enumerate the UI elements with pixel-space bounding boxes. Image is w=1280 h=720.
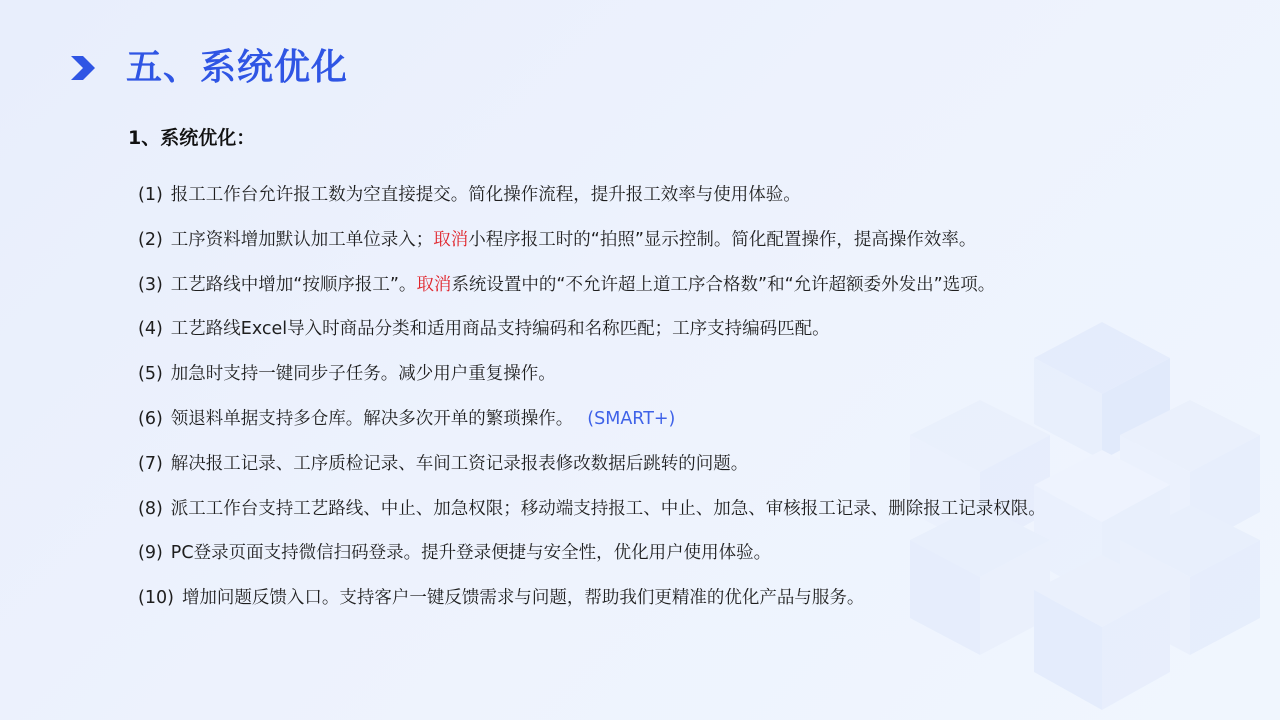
item-text: 小程序报工时的“拍照”显示控制。简化配置操作，提高操作效率。 (468, 225, 976, 270)
slide-title: 五、系统优化 (126, 44, 348, 92)
optimization-list: (1) 报工工作台允许报工数为空直接提交。简化操作流程，提升报工效率与使用体验。… (138, 180, 1046, 628)
item-text: 加急时支持一键同步子任务。减少用户重复操作。 (171, 359, 556, 404)
list-item: (9) PC登录页面支持微信扫码登录。提升登录便捷与安全性，优化用户使用体验。 (138, 538, 1046, 583)
item-number: (6) (138, 404, 163, 449)
list-item: (10) 增加问题反馈入口。支持客户一键反馈需求与问题，帮助我们更精准的优化产品… (138, 583, 1046, 628)
item-text: 领退料单据支持多仓库。解决多次开单的繁琐操作。 (171, 404, 574, 449)
item-number: (3) (138, 270, 163, 315)
item-number: (10) (138, 583, 174, 628)
item-number: (2) (138, 225, 163, 270)
list-item: (5) 加急时支持一键同步子任务。减少用户重复操作。 (138, 359, 1046, 404)
highlight-text: 取消 (416, 270, 451, 315)
item-number: (7) (138, 449, 163, 494)
list-item: (2) 工序资料增加默认加工单位录入；取消小程序报工时的“拍照”显示控制。简化配… (138, 225, 1046, 270)
section-subtitle: 1、系统优化： (128, 124, 255, 152)
list-item: (7) 解决报工记录、工序质检记录、车间工资记录报表修改数据后跳转的问题。 (138, 449, 1046, 494)
item-text: 工艺路线Excel导入时商品分类和适用商品支持编码和名称匹配；工序支持编码匹配。 (171, 314, 830, 359)
item-text: 系统设置中的“不允许超上道工序合格数”和“允许超额委外发出”选项。 (451, 270, 995, 315)
item-number: (8) (138, 494, 163, 539)
list-item: (6) 领退料单据支持多仓库。解决多次开单的繁琐操作。(SMART+) (138, 404, 1046, 449)
item-text: 派工工作台支持工艺路线、中止、加急权限；移动端支持报工、中止、加急、审核报工记录… (171, 494, 1046, 539)
item-text: 工艺路线中增加“按顺序报工”。 (171, 270, 417, 315)
item-text: 报工工作台允许报工数为空直接提交。简化操作流程，提升报工效率与使用体验。 (171, 180, 801, 225)
item-text: 增加问题反馈入口。支持客户一键反馈需求与问题，帮助我们更精准的优化产品与服务。 (182, 583, 865, 628)
list-item: (8) 派工工作台支持工艺路线、中止、加急权限；移动端支持报工、中止、加急、审核… (138, 494, 1046, 539)
slide: 五、系统优化 1、系统优化： (1) 报工工作台允许报工数为空直接提交。简化操作… (0, 0, 1280, 720)
highlight-text: 取消 (433, 225, 468, 270)
item-text: 工序资料增加默认加工单位录入； (171, 225, 434, 270)
chevron-right-icon (66, 48, 100, 88)
item-number: (5) (138, 359, 163, 404)
item-text: PC登录页面支持微信扫码登录。提升登录便捷与安全性，优化用户使用体验。 (171, 538, 771, 583)
list-item: (3) 工艺路线中增加“按顺序报工”。取消系统设置中的“不允许超上道工序合格数”… (138, 270, 1046, 315)
slide-header: 五、系统优化 (66, 44, 348, 92)
item-number: (1) (138, 180, 163, 225)
item-number: (4) (138, 314, 163, 359)
list-item: (1) 报工工作台允许报工数为空直接提交。简化操作流程，提升报工效率与使用体验。 (138, 180, 1046, 225)
item-number: (9) (138, 538, 163, 583)
item-text: 解决报工记录、工序质检记录、车间工资记录报表修改数据后跳转的问题。 (171, 449, 749, 494)
list-item: (4) 工艺路线Excel导入时商品分类和适用商品支持编码和名称匹配；工序支持编… (138, 314, 1046, 359)
smart-plus-tag: (SMART+) (587, 404, 675, 449)
